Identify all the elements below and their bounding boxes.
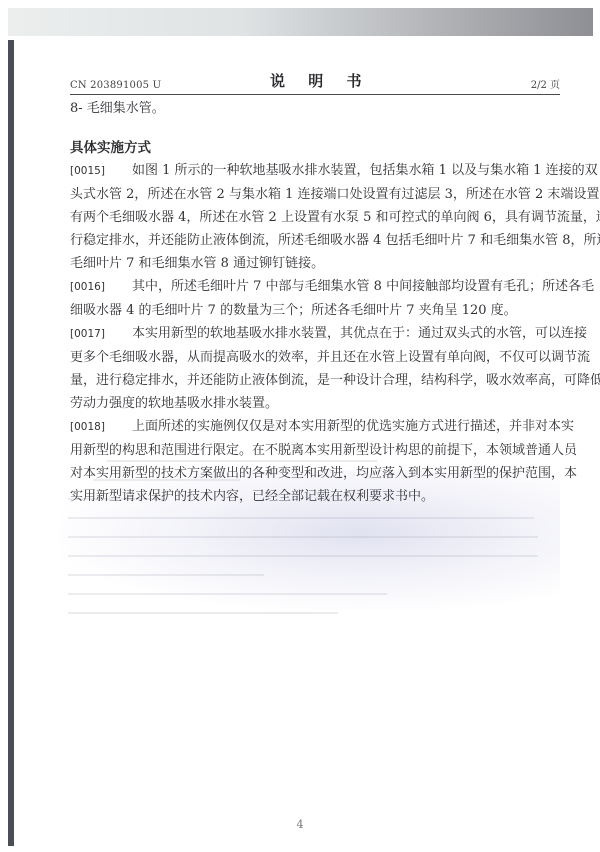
paragraph-0016: [0016]其中，所述毛细叶片 7 中部与毛细集水管 8 中间接触部均设置有毛孔…	[70, 275, 560, 322]
paragraph-0018: [0018]上面所述的实施例仅仅是对本实用新型的优选实施方式进行描述，并非对本实…	[70, 415, 560, 508]
scanner-shadow	[8, 8, 593, 36]
paragraph-number: [0017]	[70, 323, 132, 346]
paragraph-line: 实用新型请求保护的技术内容，已经全部记载在权利要求书中。	[70, 485, 560, 508]
scan-edge	[8, 40, 14, 846]
paragraph-number: [0016]	[70, 276, 132, 299]
section-heading: 具体实施方式	[70, 137, 560, 159]
paragraph-number: [0018]	[70, 416, 132, 439]
paragraph-0017: [0017]本实用新型的软地基吸水排水装置，其优点在于：通过双头式的水管，可以连…	[70, 322, 560, 415]
paragraph-line: 行稳定排水，并还能防止液体倒流，所述毛细吸水器 4 包括毛细叶片 7 和毛细集水…	[70, 229, 560, 252]
paragraph-number: [0015]	[70, 160, 132, 183]
paragraph-line: 对本实用新型的技术方案做出的各种变型和改进，均应落入到本实用新型的保护范围，本	[70, 462, 560, 485]
patent-number: CN 203891005 U	[70, 80, 161, 91]
paragraph-line: 量，进行稳定排水，并还能防止液体倒流，是一种设计合理，结构科学，吸水效率高，可降…	[70, 369, 560, 392]
page-indicator: 2/2 页	[531, 76, 560, 91]
document-body: 8- 毛细集水管。 具体实施方式 [0015]如图 1 所示的一种软地基吸水排水…	[70, 97, 560, 508]
component-list-item: 8- 毛细集水管。	[70, 97, 560, 120]
document-header: CN 203891005 U 说 明 书 2/2 页	[70, 70, 560, 95]
paragraph-line: 本实用新型的软地基吸水排水装置，其优点在于：通过双头式的水管，可以连接	[132, 326, 587, 341]
paragraph-line: 如图 1 所示的一种软地基吸水排水装置，包括集水箱 1 以及与集水箱 1 连接的…	[132, 163, 598, 178]
page-number: 4	[0, 818, 600, 831]
paragraph-line: 上面所述的实施例仅仅是对本实用新型的优选实施方式进行描述，并非对本实	[132, 419, 574, 434]
paragraph-line: 其中，所述毛细叶片 7 中部与毛细集水管 8 中间接触部均设置有毛孔；所述各毛	[132, 279, 594, 294]
document-title: 说 明 书	[270, 70, 370, 91]
paragraph-line: 用新型的构思和范围进行限定。在不脱离本实用新型设计构思的前提下，本领域普通人员	[70, 439, 560, 462]
paragraph-line: 劳动力强度的软地基吸水排水装置。	[70, 392, 560, 415]
paragraph-line: 更多个毛细吸水器，从而提高吸水的效率，并且还在水管上设置有单向阀，不仅可以调节流	[70, 346, 560, 369]
paragraph-line: 毛细叶片 7 和毛细集水管 8 通过铆钉链接。	[70, 252, 560, 275]
paragraph-line: 有两个毛细吸水器 4，所述在水管 2 上设置有水泵 5 和可控式的单向阀 6，具…	[70, 206, 560, 229]
paragraph-0015: [0015]如图 1 所示的一种软地基吸水排水装置，包括集水箱 1 以及与集水箱…	[70, 159, 560, 275]
paragraph-line: 细吸水器 4 的毛细叶片 7 的数量为三个；所述各毛细叶片 7 夹角呈 120 …	[70, 299, 560, 322]
paragraph-line: 头式水管 2，所述在水管 2 与集水箱 1 连接端口处设置有过滤层 3，所述在水…	[70, 183, 560, 206]
